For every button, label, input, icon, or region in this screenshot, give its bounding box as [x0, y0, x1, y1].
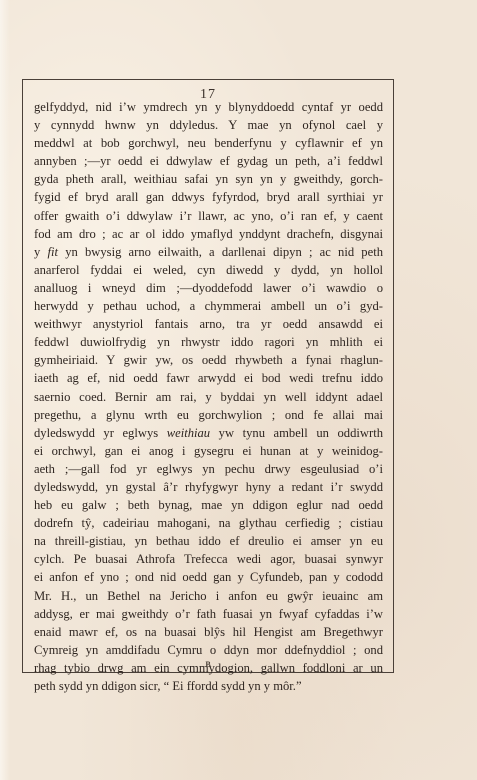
text-line: weithwyr anystyriol fantais arno, tra yr…	[34, 315, 383, 333]
text-line: ei anfon ef yno ; ond nid oedd gan y Cyf…	[34, 568, 383, 586]
page-edge-shadow	[0, 0, 10, 780]
text-line: gelfyddyd, nid i’w ymdrech yn y blynyddo…	[34, 98, 383, 116]
text-line: annyben ;—yr oedd ei ddwylaw ef gydag un…	[34, 152, 383, 170]
text-line: na threill-gistiau, yn bethau iddo ef dr…	[34, 532, 383, 550]
italic-word: weithiau	[167, 426, 210, 440]
text-line: offer gwaith o’i ddwylaw i’r llawr, ac y…	[34, 207, 383, 225]
text-line: analluog i wneyd dim ;—dyoddefodd lawer …	[34, 279, 383, 297]
text-line: dodrefn tŷ, cadeiriau mahogani, na glyth…	[34, 514, 383, 532]
text-line: dyledswydd, yn gystal â’r rhyfygwyr hyny…	[34, 478, 383, 496]
text-line: y cynnydd hwnw yn ddyledus. Y mae yn ofy…	[34, 116, 383, 134]
text-line: fod am dro ; ac ar ol iddo ymaflyd ynddy…	[34, 225, 383, 243]
text-line: anarferol fyddai ei weled, cyn diwedd y …	[34, 261, 383, 279]
text-line: Mr. H., un Bethel na Jericho i anfon eu …	[34, 587, 383, 605]
text-line: meddwl at bob gorchwyl, neu benderfynu y…	[34, 134, 383, 152]
italic-word: fit	[48, 245, 59, 259]
text-line: dyledswydd yr eglwys weithiau yw tynu am…	[34, 424, 383, 442]
text-line: fygid ef bryd arall gan ddwys fyfyrdod, …	[34, 188, 383, 206]
text-frame: 17 gelfyddyd, nid i’w ymdrech yn y blyny…	[22, 79, 394, 673]
signature-mark: B	[23, 660, 393, 669]
text-line: heb eu galw ; beth bynag, mae yn ddigon …	[34, 496, 383, 514]
text-line: peth sydd yn ddigon sicr, “ Ei ffordd sy…	[34, 677, 383, 695]
text-line: y fit yn bwysig arno eilwaith, a darllen…	[34, 243, 383, 261]
text-line: pregethu, a glynu wrth eu gorchwylion ; …	[34, 406, 383, 424]
text-line: ei orchwyl, gan ei anog i gysegru ei hun…	[34, 442, 383, 460]
text-line: addysg, er mai gweithdy o’r fath fuasai …	[34, 605, 383, 623]
body-text: gelfyddyd, nid i’w ymdrech yn y blynyddo…	[34, 98, 383, 695]
text-line: feddwl duwiolfrydig yn rhwystr iddo rago…	[34, 333, 383, 351]
text-line: herwydd y pethau uchod, a chymmerai ambe…	[34, 297, 383, 315]
text-line: gyda pheth arall, weithiau safai yn syn …	[34, 170, 383, 188]
text-line: enaid mawr ef, os na buasai blŷs hil Hen…	[34, 623, 383, 641]
text-line: aeth ;—gall fod yr eglwys yn pechu drwy …	[34, 460, 383, 478]
text-line: Cymreig yn amddifadu Cymru o ddyn mor dd…	[34, 641, 383, 659]
text-line: saernio coed. Bernir am rai, y byddai yn…	[34, 388, 383, 406]
text-line: gymheiriaid. Y gwir yw, os oedd rhywbeth…	[34, 351, 383, 369]
text-line: iaeth ag ef, nid oedd fawr arwydd ei bod…	[34, 369, 383, 387]
text-line: cylch. Pe buasai Athrofa Trefecca wedi a…	[34, 550, 383, 568]
